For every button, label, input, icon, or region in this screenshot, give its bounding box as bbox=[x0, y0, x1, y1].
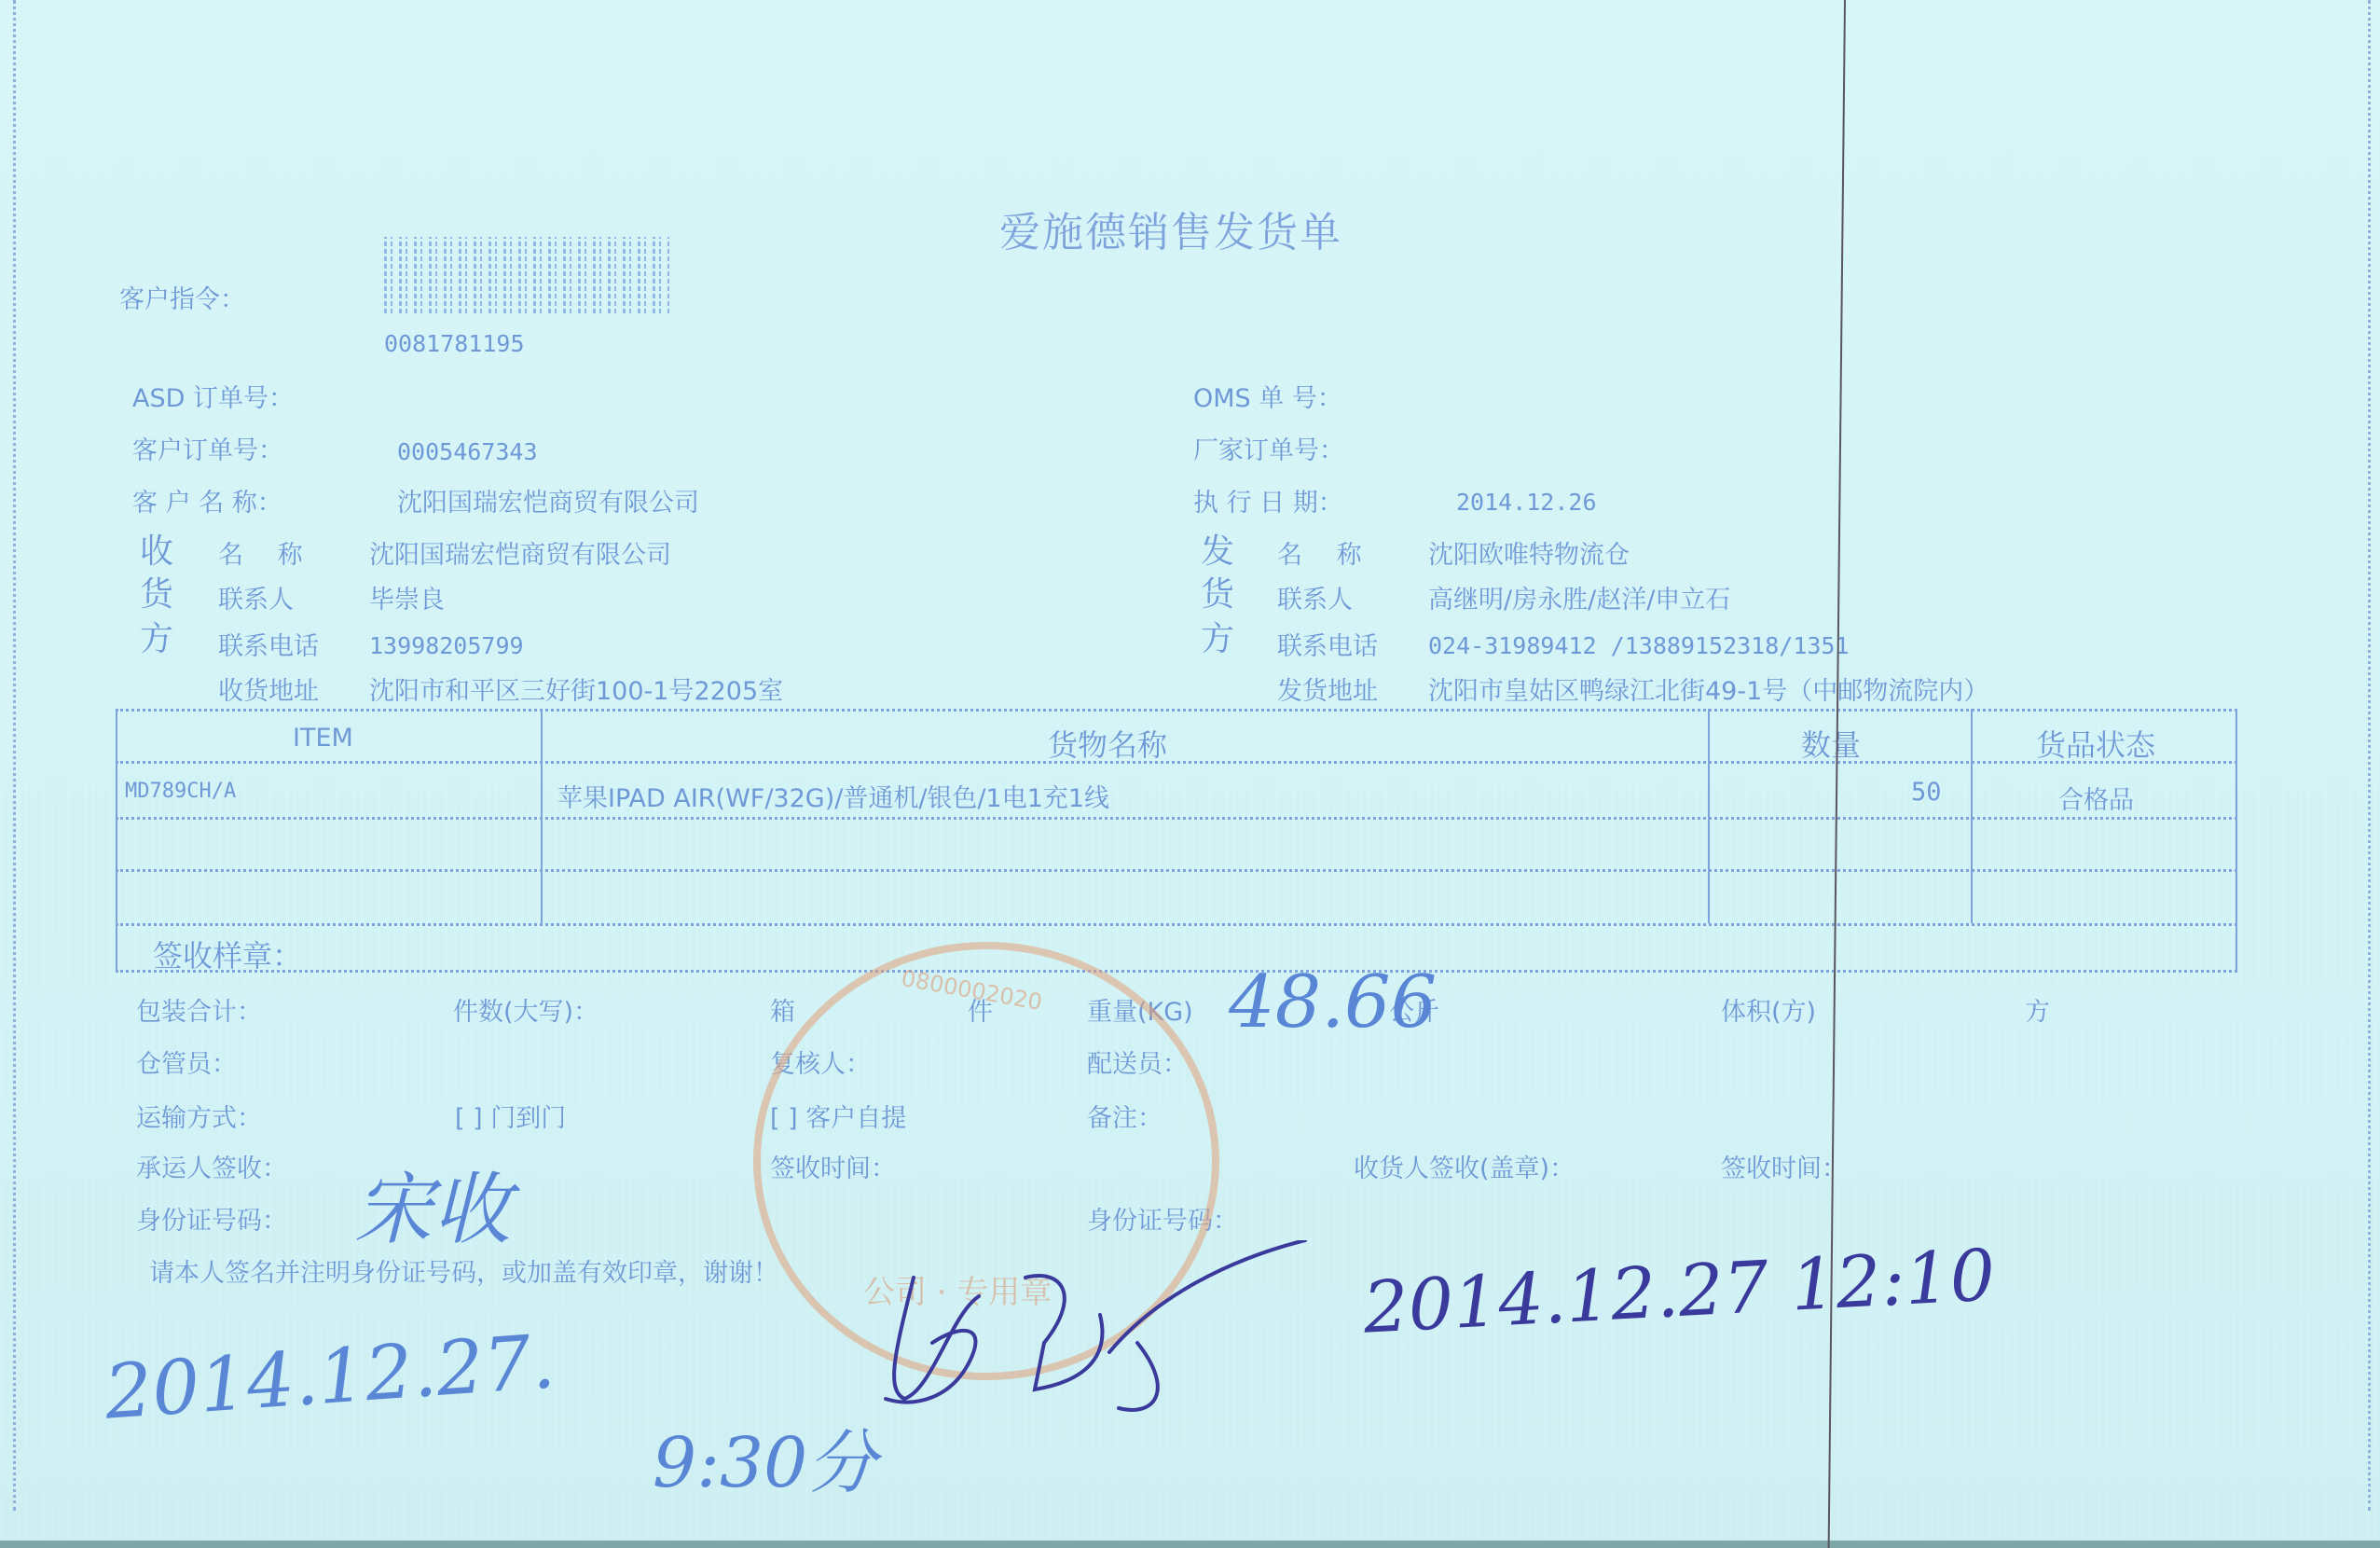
barcode-icon bbox=[384, 237, 669, 313]
box-label: 箱 bbox=[770, 1000, 795, 1025]
customer-name-value: 沈阳国瑞宏恺商贸有限公司 bbox=[397, 491, 699, 516]
shipper-phone-value: 024-31989412 /13889152318/1351 bbox=[1428, 634, 1850, 657]
consignee-phone-value: 13998205799 bbox=[369, 634, 524, 657]
perforation-right bbox=[2368, 0, 2371, 1511]
sign-sample-label: 签收样章： bbox=[153, 933, 302, 975]
row-item-status: 合格品 bbox=[2058, 780, 2134, 816]
column-header-item: ITEM bbox=[293, 724, 353, 753]
handwritten-carrier-time: 9:30分 bbox=[653, 1408, 876, 1507]
row-item-name: 苹果IPAD AIR(WF/32G)/普通机/银色/1电1充1线 bbox=[557, 778, 1109, 814]
column-header-status: 货品状态 bbox=[2036, 722, 2155, 765]
customer-order-label: 客户订单号： bbox=[132, 438, 283, 463]
shipper-side-3: 方 bbox=[1201, 623, 1234, 657]
shipper-side-1: 发 bbox=[1201, 535, 1234, 569]
consignee-contact-label: 联系人 bbox=[218, 587, 294, 613]
barcode-number: 0081781195 bbox=[384, 332, 525, 355]
handwritten-weight: 48.66 bbox=[1229, 961, 1437, 1044]
shipper-side-2: 货 bbox=[1201, 578, 1234, 612]
asd-order-label: ASD 订单号： bbox=[132, 386, 294, 411]
consignee-side-1: 收 bbox=[140, 535, 173, 569]
shipper-contact-value: 高继明/房永胜/赵洋/申立石 bbox=[1428, 587, 1730, 613]
receiver-sign-label: 收货人签收(盖章)： bbox=[1354, 1156, 1575, 1182]
perforation-left bbox=[13, 0, 16, 1511]
package-total-label: 包装合计： bbox=[136, 1000, 262, 1025]
shipper-name-value: 沈阳欧唯特物流仓 bbox=[1428, 543, 1630, 568]
column-header-name: 货物名称 bbox=[1048, 722, 1167, 765]
receiver-signature-icon bbox=[876, 1240, 1324, 1427]
receiver-sign-time-label: 签收时间： bbox=[1721, 1156, 1847, 1182]
consignee-name-value: 沈阳国瑞宏恺商贸有限公司 bbox=[369, 543, 671, 568]
volume-unit: 方 bbox=[2025, 1000, 2050, 1025]
shipper-address-value: 沈阳市皇姑区鸭绿江北街49-1号（中邮物流院内） bbox=[1428, 679, 1988, 704]
customer-instruction-label: 客户指令： bbox=[119, 287, 245, 312]
consignee-side-3: 方 bbox=[140, 623, 173, 657]
consignee-name-label: 名 称 bbox=[218, 543, 316, 568]
volume-label: 体积(方) bbox=[1721, 1000, 1816, 1025]
handwritten-carrier-signature: 宋收 bbox=[354, 1147, 511, 1260]
document-title: 爱施德销售发货单 bbox=[999, 213, 1342, 254]
consignee-address-label: 收货地址 bbox=[218, 679, 319, 704]
consignee-side-2: 货 bbox=[140, 578, 173, 612]
oms-label: OMS 单 号： bbox=[1193, 386, 1342, 411]
stamp-number: 0800002020 bbox=[900, 965, 1044, 1016]
column-header-qty: 数量 bbox=[1801, 722, 1861, 765]
shipper-contact-label: 联系人 bbox=[1277, 587, 1353, 613]
shipper-name-label: 名 称 bbox=[1277, 543, 1375, 568]
customer-name-label: 客 户 名 称： bbox=[132, 491, 282, 516]
customer-order-value: 0005467343 bbox=[397, 440, 538, 463]
consignee-phone-label: 联系电话 bbox=[218, 634, 319, 659]
items-table: ITEM 货物名称 数量 货品状态 MD789CH/A 苹果IPAD AIR(W… bbox=[116, 709, 2237, 970]
row-item-code: MD789CH/A bbox=[125, 780, 236, 803]
factory-order-label: 厂家订单号： bbox=[1193, 438, 1344, 463]
row-item-qty: 50 bbox=[1911, 778, 1942, 807]
transport-option-door[interactable]: [ ] 门到门 bbox=[455, 1106, 566, 1131]
shipper-address-label: 发货地址 bbox=[1277, 679, 1378, 704]
exec-date-label: 执 行 日 期： bbox=[1193, 491, 1343, 516]
paper-bottom-edge bbox=[0, 1541, 2380, 1548]
warehouse-keeper-label: 仓管员： bbox=[136, 1052, 237, 1077]
shipper-phone-label: 联系电话 bbox=[1277, 634, 1378, 659]
signing-notice: 请本人签名并注明身份证号码，或加盖有效印章，谢谢！ bbox=[149, 1261, 778, 1286]
consignee-contact-value: 毕崇良 bbox=[369, 587, 445, 613]
transport-label: 运输方式： bbox=[136, 1106, 262, 1131]
pieces-upper-label: 件数(大写)： bbox=[453, 1000, 598, 1025]
exec-date-value: 2014.12.26 bbox=[1456, 491, 1597, 514]
carrier-sign-label: 承运人签收： bbox=[136, 1156, 287, 1182]
consignee-address-value: 沈阳市和平区三好街100-1号2205室 bbox=[369, 679, 783, 704]
id-number-label: 身份证号码： bbox=[136, 1209, 287, 1234]
